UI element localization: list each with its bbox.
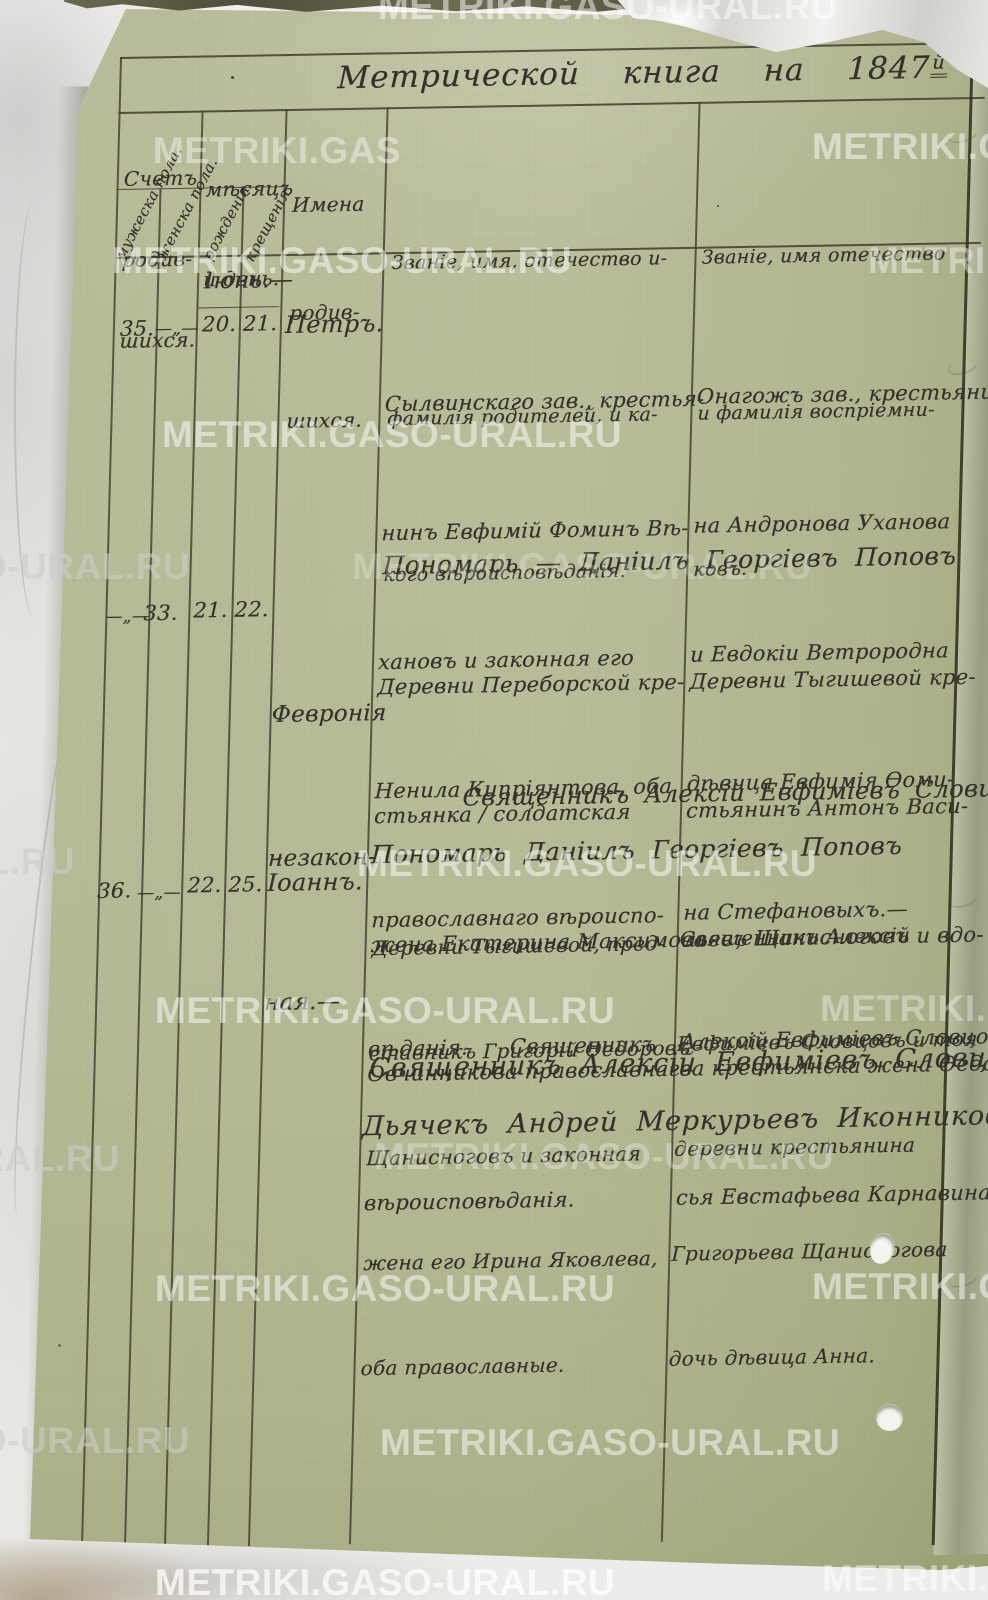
baptism-day: 22. bbox=[234, 597, 269, 622]
watermark: METRIKI.GASO-URAL.RU bbox=[112, 240, 572, 282]
child-name: Петръ. bbox=[285, 309, 384, 339]
birth-day: 22. bbox=[187, 873, 222, 898]
entry-line: оба православные. bbox=[360, 1346, 682, 1387]
watermark: METRIKI.GASO-URAL.RU bbox=[357, 843, 817, 885]
ink-speck bbox=[717, 205, 719, 207]
watermark: METRIKI.GASO-URAL.RU bbox=[155, 1562, 615, 1600]
paper-hole bbox=[876, 1405, 903, 1431]
child-name: Іоаннъ. bbox=[267, 867, 363, 897]
entry-line: Священникъ Алексій bbox=[679, 917, 981, 957]
entry-line: Деревни Тыгишевой кре- bbox=[689, 655, 988, 704]
watermark: METRIKI.GASO-URAL.RU bbox=[812, 126, 988, 168]
entry-line: Февронія bbox=[271, 689, 387, 739]
entry-line: дочь дѣвица Анна. bbox=[668, 1337, 970, 1377]
watermark: METRIKI.GASO-URAL.RU bbox=[378, 0, 838, 28]
entry-line: Деревни Тыгишевой, пред- bbox=[371, 926, 693, 967]
register-title-text: Метрической книга на 1847 bbox=[337, 50, 931, 96]
watermark: METRIKI.GASO-URAL.RU bbox=[812, 1266, 988, 1308]
ink-speck bbox=[231, 76, 234, 79]
watermark: METRIKI.GASO-URAL.RU bbox=[155, 990, 615, 1032]
baptism-day: 25. bbox=[228, 872, 263, 897]
watermark: METRIKI.GASO-URAL.RU bbox=[162, 414, 622, 456]
male-count: 36. bbox=[97, 878, 132, 903]
watermark: METRIKI.GASO-URAL.RU bbox=[868, 240, 988, 282]
name-flourish-mark: ˶ bbox=[276, 847, 282, 867]
male-count: 35. bbox=[120, 316, 155, 341]
watermark: METRIKI.GASO-URAL.RU bbox=[352, 546, 812, 588]
register-title: Метрической книга на 1847й bbox=[337, 50, 948, 97]
watermark: METRIKI.GASO-URAL.RU bbox=[0, 841, 75, 883]
watermark: METRIKI.GASO-URAL.RU bbox=[820, 988, 988, 1030]
watermark: METRIKI.GASO-URAL.RU bbox=[155, 1268, 615, 1310]
watermark: METRIKI.GASO-URAL.RU bbox=[380, 1422, 840, 1464]
table-grid-line bbox=[207, 187, 244, 1547]
female-count: —„— bbox=[155, 319, 199, 340]
header-line: Имена bbox=[292, 186, 369, 223]
watermark: METRIKI.GASO-URAL.RU bbox=[0, 1138, 120, 1180]
watermark: METRIKI.GASO-URAL.RU bbox=[374, 1136, 834, 1178]
ink-speck bbox=[58, 1344, 61, 1347]
birth-day: 21. bbox=[193, 598, 228, 623]
entry-line: Деревни Переборской кре- bbox=[377, 660, 714, 709]
watermark: METRIKI.GASO-URAL.RU bbox=[822, 1558, 988, 1600]
baptism-day: 21. bbox=[243, 311, 278, 336]
female-count: —„— bbox=[137, 883, 181, 904]
entry-line: Онагожъ зав., крестьяни- bbox=[696, 370, 988, 419]
watermark: METRIKI.GASO-URAL.RU bbox=[0, 1420, 190, 1462]
scanned-register-page: Метрической книга на 1847й Счетъ родив- … bbox=[0, 0, 988, 1600]
watermark: METRIKI.GASO-URAL.RU bbox=[0, 546, 190, 588]
watermark: METRIKI.GASO-URAL.RU bbox=[153, 130, 403, 172]
birth-day: 20. bbox=[202, 312, 237, 337]
female-count: 33. bbox=[143, 601, 178, 626]
table-grid-line bbox=[119, 97, 985, 114]
